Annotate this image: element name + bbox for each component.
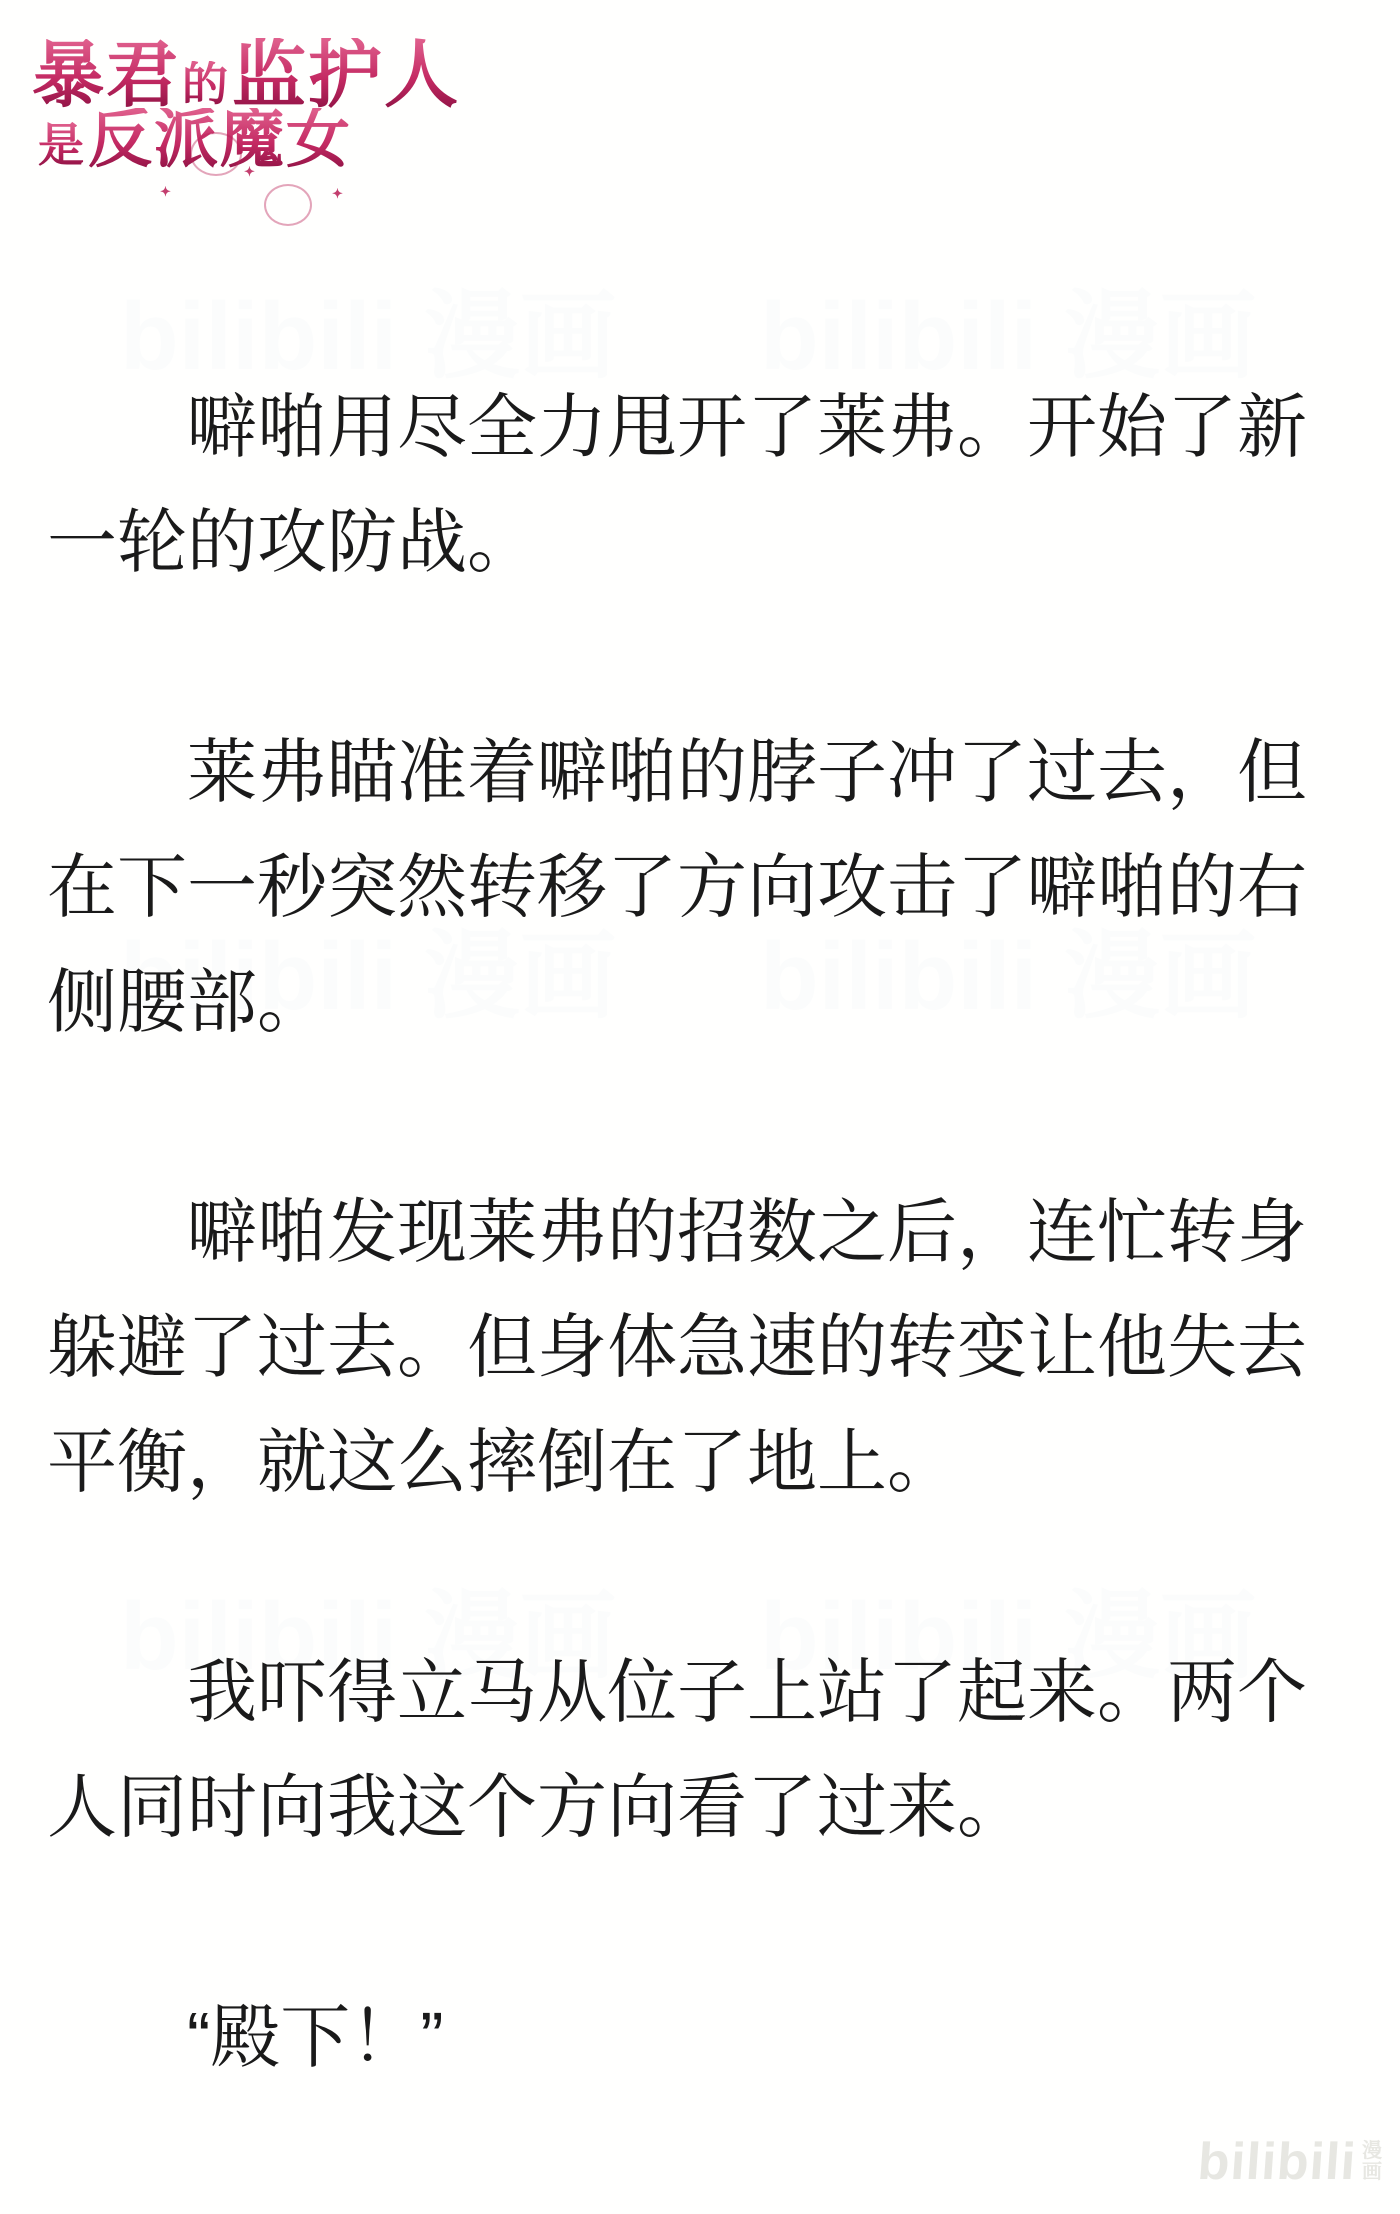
sparkle-icon: ✦ [244,166,257,179]
sparkle-icon: ✦ [332,188,345,201]
bilibili-manga-watermark: bilibili 漫 画 [1198,2132,1382,2192]
manga-suffix-char: 漫 [1362,2141,1382,2162]
body-paragraph: 莱弗瞄准着噼啪的脖子冲了过去，但在下一秒突然转移了方向攻击了噼啪的右侧腰部。 [47,715,1360,1060]
body-paragraph: 噼啪用尽全力甩开了莱弗。开始了新一轮的攻防战。 [47,370,1360,600]
body-paragraph: 我吓得立马从位子上站了起来。两个人同时向我这个方向看了过来。 [47,1635,1360,1865]
manga-suffix-label: 漫 画 [1362,2141,1382,2183]
body-paragraph: 噼啪发现莱弗的招数之后，连忙转身躲避了过去。但身体急速的转变让他失去平衡，就这么… [47,1175,1360,1520]
series-title-logo: 暴君 的 监护人 是 反派 魔女 ✦ ✦ ✦ [32,38,460,172]
novel-text-body: 噼啪用尽全力甩开了莱弗。开始了新一轮的攻防战。 莱弗瞄准着噼啪的脖子冲了过去，但… [47,370,1360,2095]
ring-decoration-icon [264,184,312,226]
logo-text: 暴君 [32,39,180,111]
bilibili-logo-text: bilibili [1196,2132,1358,2192]
logo-text: 的 [180,61,232,107]
manga-suffix-char: 画 [1362,2162,1382,2183]
sparkle-icon: ✦ [160,186,173,199]
logo-text: 反派 [88,108,220,172]
dialogue-line: “殿下！” [47,1980,1360,2095]
logo-text: 魔女 [220,108,352,172]
logo-line-1: 暴君 的 监护人 [32,38,460,112]
logo-text: 是 [38,122,88,168]
logo-text: 监护人 [232,38,460,112]
reader-page: bilibili 漫画 bilibili 漫画 bilibili 漫画 bili… [0,0,1400,2214]
